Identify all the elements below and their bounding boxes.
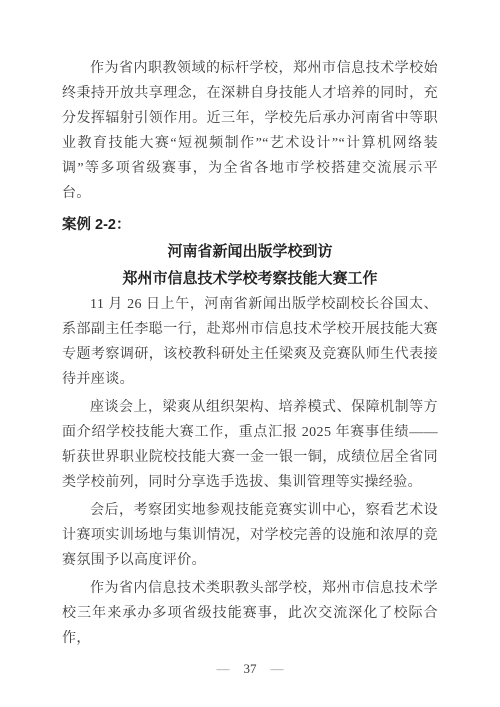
article-title-line-2: 郑州市信息技术学校考察技能大赛工作 [62, 265, 438, 292]
intro-paragraph: 作为省内职教领域的标杆学校，郑州市信息技术学校始终秉持开放共享理念，在深耕自身技… [62, 56, 438, 206]
page-footer: —37— [0, 661, 500, 677]
article-title-line-1: 河南省新闻出版学校到访 [62, 238, 438, 265]
document-body: 作为省内职教领域的标杆学校，郑州市信息技术学校始终秉持开放共享理念，在深耕自身技… [62, 56, 438, 654]
body-paragraph: 会后，考察团实地参观技能竞赛实训中心，察看艺术设计赛项实训场地与集训情况，对学校… [62, 498, 438, 573]
footer-dash-right: — [271, 661, 284, 676]
footer-dash-left: — [217, 661, 230, 676]
body-paragraph: 作为省内信息技术类职教头部学校，郑州市信息技术学校三年来承办多项省级技能赛事，此… [62, 576, 438, 651]
page-number: 37 [244, 661, 257, 677]
case-label: 案例 2-2： [62, 212, 438, 238]
body-paragraph: 11 月 26 日上午，河南省新闻出版学校副校长谷国太、系部副主任李聪一行，赴郑… [62, 292, 438, 392]
body-paragraph: 座谈会上，梁爽从组织架构、培养模式、保障机制等方面介绍学校技能大赛工作，重点汇报… [62, 395, 438, 495]
document-page: 作为省内职教领域的标杆学校，郑州市信息技术学校始终秉持开放共享理念，在深耕自身技… [0, 0, 500, 707]
